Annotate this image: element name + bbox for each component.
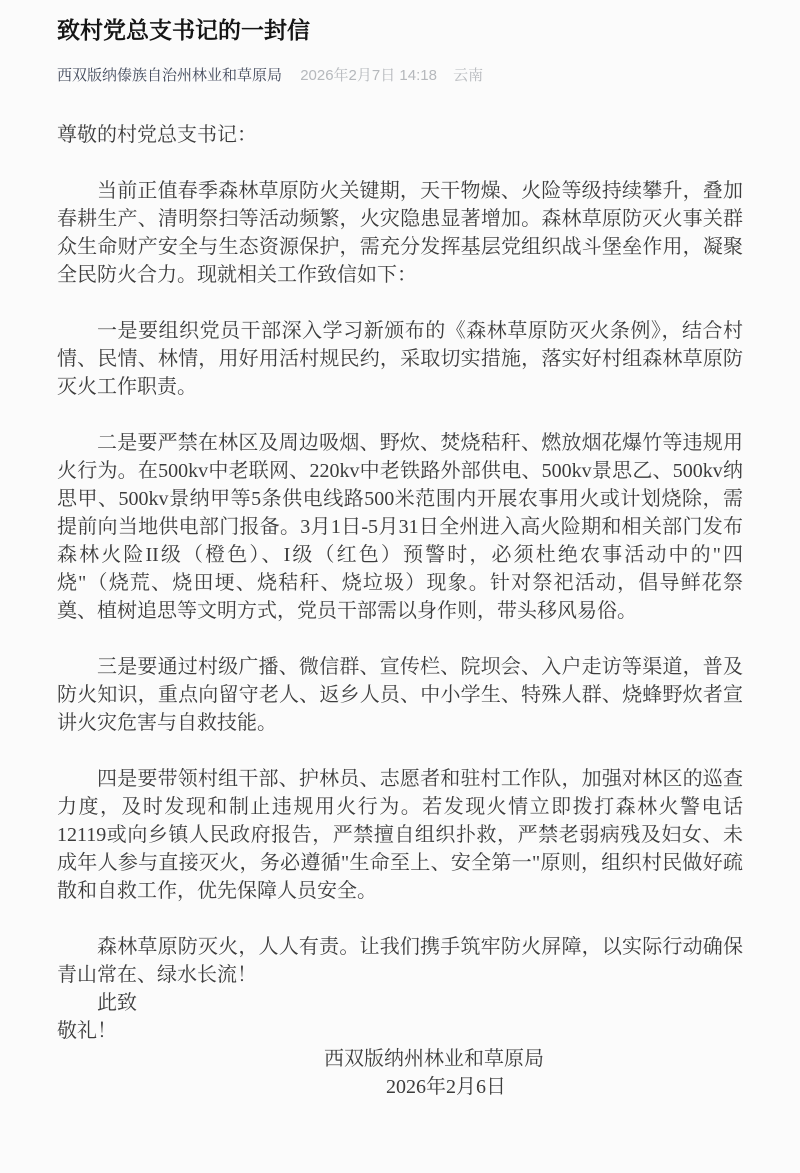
letter-salutation: 尊敬的村党总支书记： xyxy=(57,121,743,149)
letter-body: 尊敬的村党总支书记： 当前正值春季森林草原防火关键期，天干物燥、火险等级持续攀升… xyxy=(57,121,743,1101)
article-page: 致村党总支书记的一封信 西双版纳傣族自治州林业和草原局 2026年2月7日 14… xyxy=(0,0,800,1173)
body-paragraph: 三是要通过村级广播、微信群、宣传栏、院坝会、入户走访等渠道，普及防火知识，重点向… xyxy=(57,653,743,737)
closing-jingli: 敬礼！ xyxy=(57,1017,743,1045)
byline: 西双版纳傣族自治州林业和草原局 2026年2月7日 14:18 云南 xyxy=(57,66,743,86)
body-paragraph: 四是要带领村组干部、护林员、志愿者和驻村工作队，加强对林区的巡查力度，及时发现和… xyxy=(57,765,743,905)
signature-org: 西双版纳州林业和草原局 xyxy=(91,1045,777,1073)
byline-datetime: 2026年2月7日 14:18 xyxy=(300,67,437,84)
byline-location: 云南 xyxy=(453,67,483,84)
letter-paragraphs: 当前正值春季森林草原防火关键期，天干物燥、火险等级持续攀升，叠加春耕生产、清明祭… xyxy=(57,177,743,989)
body-paragraph: 二是要严禁在林区及周边吸烟、野炊、焚烧秸秆、燃放烟花爆竹等违规用火行为。在500… xyxy=(57,429,743,625)
body-paragraph: 一是要组织党员干部深入学习新颁布的《森林草原防灭火条例》，结合村情、民情、林情，… xyxy=(57,317,743,401)
body-paragraph: 森林草原防灭火，人人有责。让我们携手筑牢防火屏障，以实际行动确保青山常在、绿水长… xyxy=(57,933,743,989)
signature-date: 2026年2月6日 xyxy=(103,1073,789,1101)
body-paragraph: 当前正值春季森林草原防火关键期，天干物燥、火险等级持续攀升，叠加春耕生产、清明祭… xyxy=(57,177,743,289)
closing-cizhi: 此致 xyxy=(57,989,743,1017)
article-title: 致村党总支书记的一封信 xyxy=(57,16,743,45)
byline-source-account[interactable]: 西双版纳傣族自治州林业和草原局 xyxy=(57,67,282,84)
